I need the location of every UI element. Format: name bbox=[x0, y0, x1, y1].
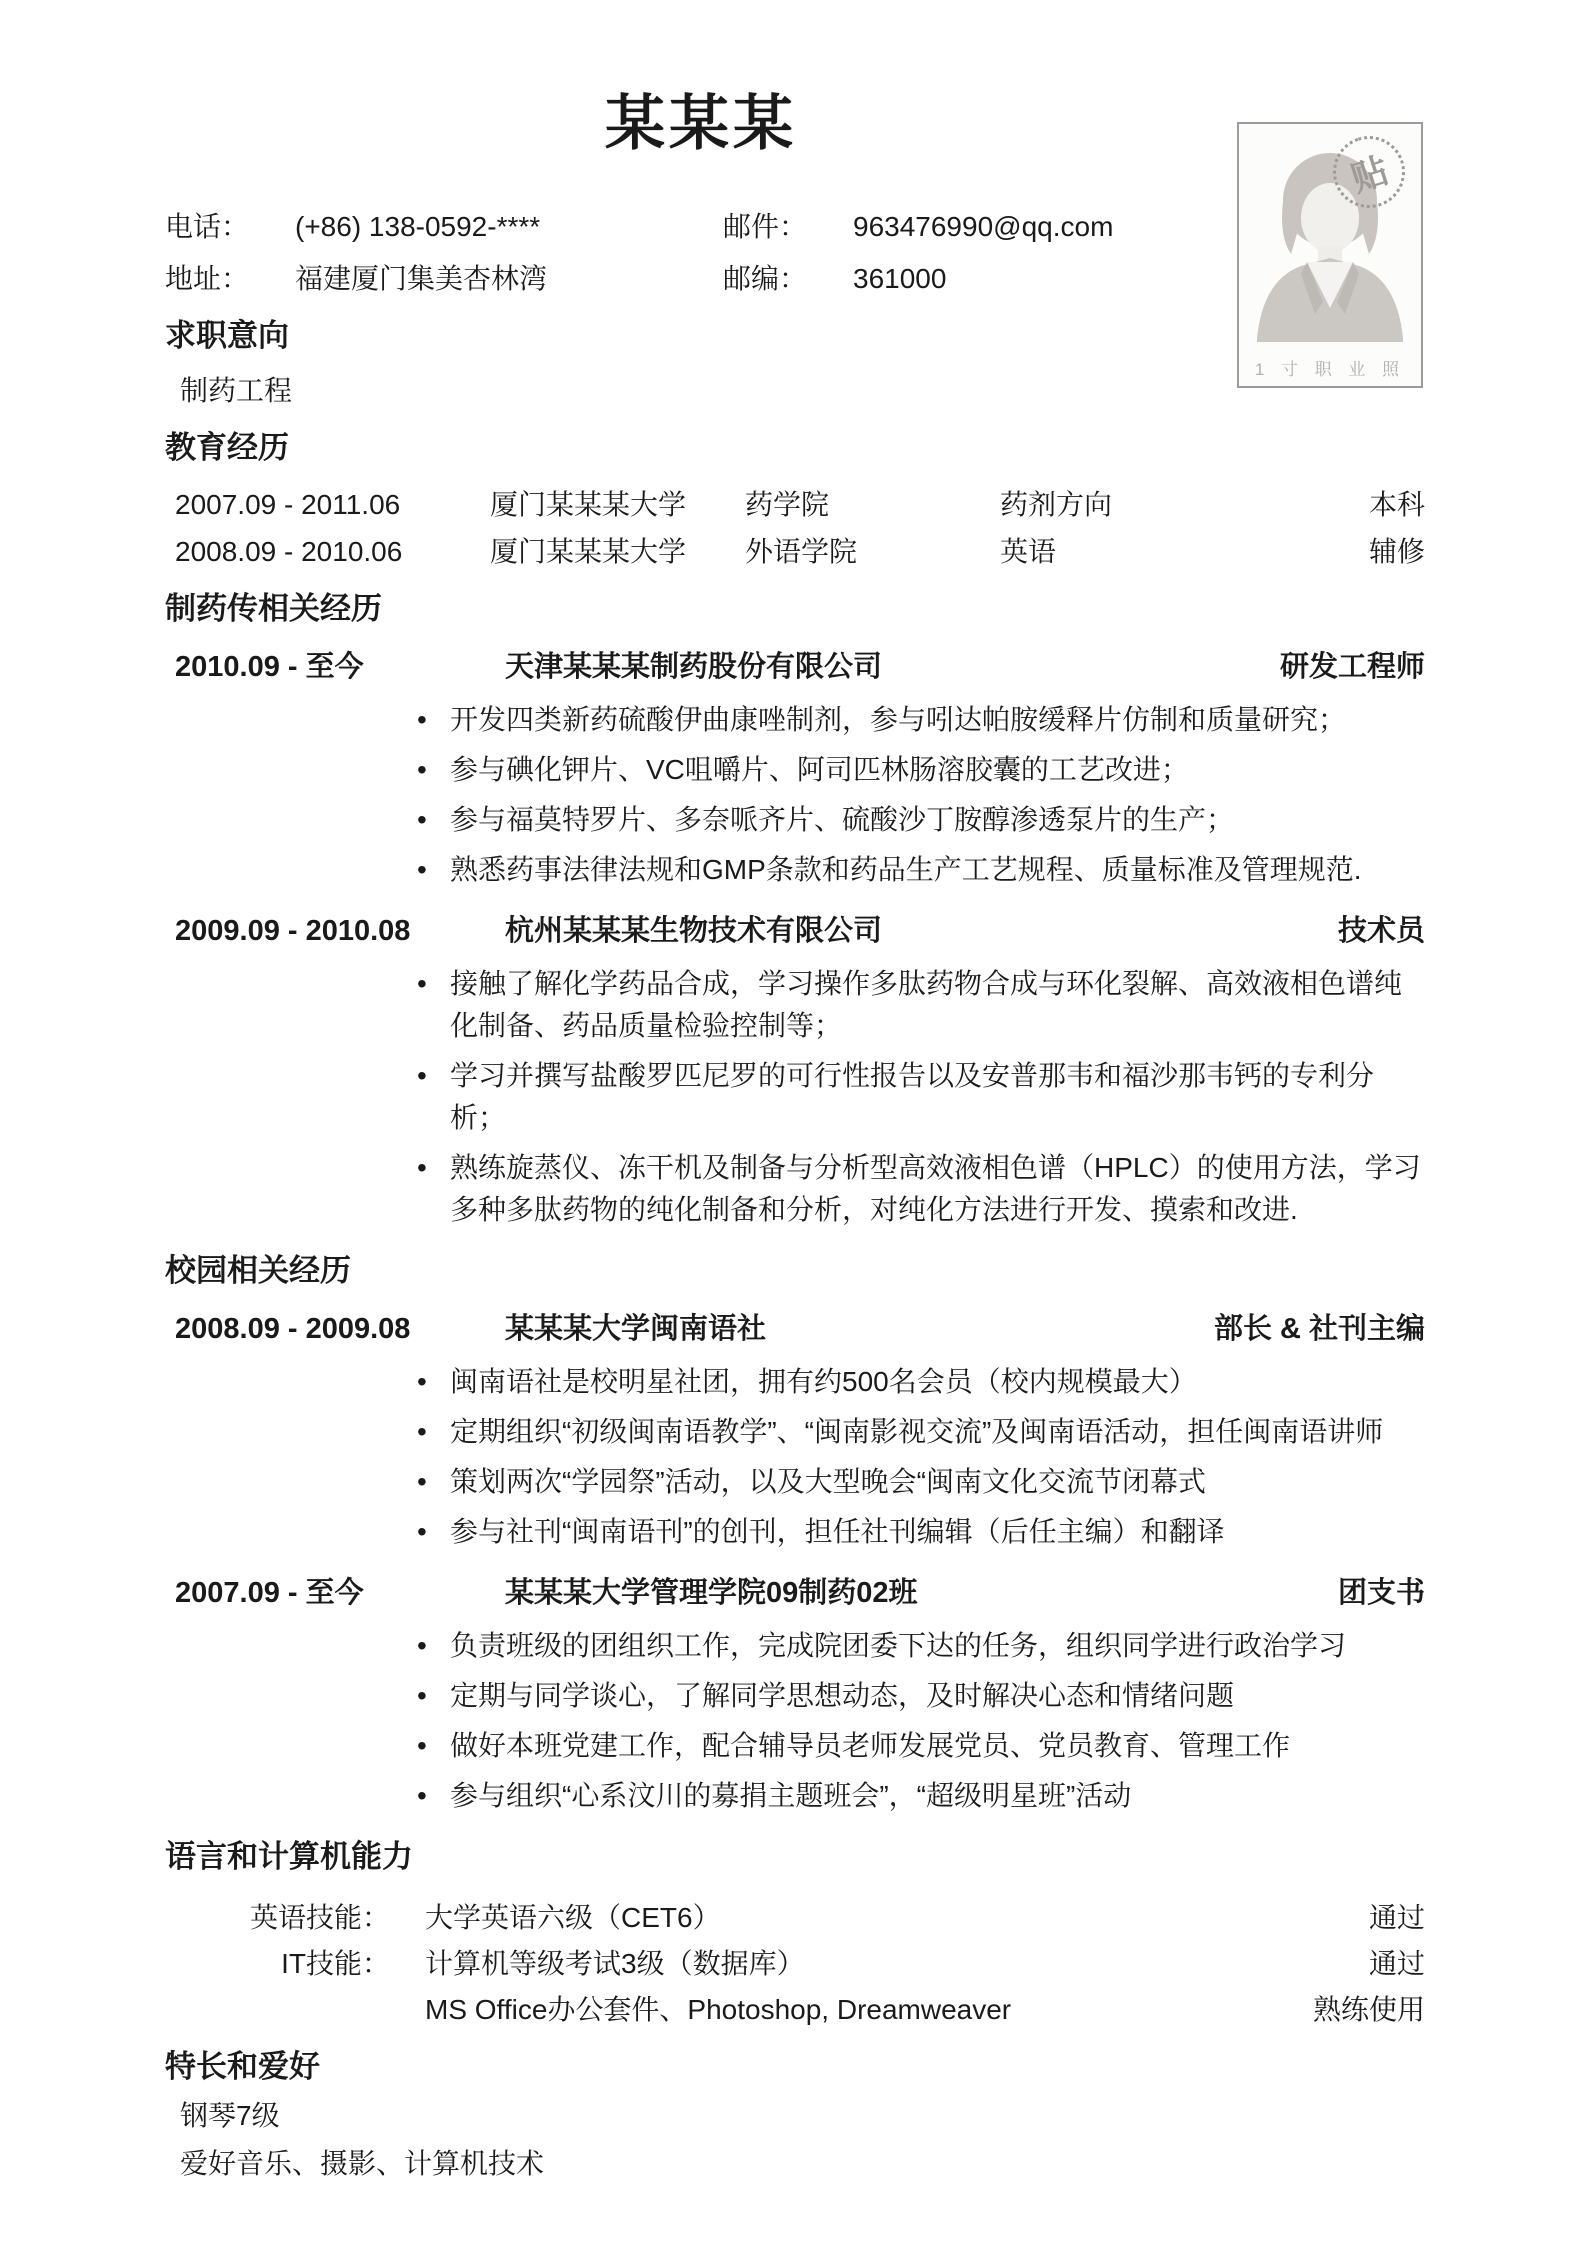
experience-entry: 2010.09 - 至今 天津某某某制药股份有限公司 研发工程师 开发四类新药硫… bbox=[165, 649, 1425, 891]
skill-row: IT技能： 计算机等级考试3级（数据库） 通过 bbox=[165, 1947, 1425, 1981]
skill-status: 熟练使用 bbox=[1313, 1993, 1425, 2027]
section-heading-campus-experience: 校园相关经历 bbox=[165, 1253, 1425, 1289]
experience-bullet: 熟悉药事法律法规和GMP条款和药品生产工艺规程、质量标准及管理规范. bbox=[450, 849, 1425, 891]
section-heading-pharma-experience: 制药传相关经历 bbox=[165, 591, 1425, 627]
skill-label: 英语技能： bbox=[165, 1901, 390, 1935]
experience-role: 部长 & 社刊主编 bbox=[1214, 1311, 1425, 1347]
experience-bullet-list: 接触了解化学药品合成，学习操作多肽药物合成与环化裂解、高效液相色谱纯化制备、药品… bbox=[165, 963, 1425, 1231]
resume-page: 贴 1 寸 职 业 照 某某某 电话： (+86) 138-0592-**** … bbox=[0, 0, 1587, 2244]
education-row: 2008.09 - 2010.06 厦门某某某大学 外语学院 英语 辅修 bbox=[165, 535, 1425, 569]
skill-row: 英语技能： 大学英语六级（CET6） 通过 bbox=[165, 1901, 1425, 1935]
experience-bullet: 开发四类新药硫酸伊曲康唑制剂，参与吲达帕胺缓释片仿制和质量研究； bbox=[450, 699, 1425, 741]
contact-row: 地址： 福建厦门集美杏林湾 邮编： 361000 bbox=[165, 262, 1425, 296]
hobby-item: 爱好音乐、摄影、计算机技术 bbox=[165, 2147, 1425, 2181]
experience-bullet: 参与福莫特罗片、多奈哌齐片、硫酸沙丁胺醇渗透泵片的生产； bbox=[450, 799, 1425, 841]
experience-bullet: 做好本班党建工作，配合辅导员老师发展党员、党员教育、管理工作 bbox=[450, 1725, 1425, 1767]
edu-school: 厦门某某某大学 bbox=[490, 488, 745, 522]
skill-status: 通过 bbox=[1369, 1947, 1425, 1981]
section-heading-education: 教育经历 bbox=[165, 430, 1425, 466]
experience-bullet: 定期组织“初级闽南语教学”、“闽南影视交流”及闽南语活动，担任闽南语讲师 bbox=[450, 1411, 1425, 1453]
edu-major: 英语 bbox=[1000, 535, 1369, 569]
experience-bullet: 闽南语社是校明星社团，拥有约500名会员（校内规模最大） bbox=[450, 1361, 1425, 1403]
experience-role: 团支书 bbox=[1338, 1575, 1425, 1611]
phone-value: (+86) 138-0592-**** bbox=[295, 210, 723, 244]
address-label: 地址： bbox=[165, 262, 295, 296]
experience-bullet: 学习并撰写盐酸罗匹尼罗的可行性报告以及安普那韦和福沙那韦钙的专利分析； bbox=[450, 1055, 1425, 1139]
experience-org: 天津某某某制药股份有限公司 bbox=[505, 649, 1280, 685]
skills-table: 英语技能： 大学英语六级（CET6） 通过 IT技能： 计算机等级考试3级（数据… bbox=[165, 1901, 1425, 2027]
candidate-name: 某某某 bbox=[165, 88, 1237, 160]
experience-date: 2010.09 - 至今 bbox=[175, 649, 505, 685]
edu-degree: 本科 bbox=[1369, 488, 1425, 522]
edu-degree: 辅修 bbox=[1369, 535, 1425, 569]
experience-bullet: 负责班级的团组织工作，完成院团委下达的任务，组织同学进行政治学习 bbox=[450, 1625, 1425, 1667]
experience-bullet-list: 开发四类新药硫酸伊曲康唑制剂，参与吲达帕胺缓释片仿制和质量研究； 参与碘化钾片、… bbox=[165, 699, 1425, 891]
skill-value: 计算机等级考试3级（数据库） bbox=[425, 1947, 1334, 1981]
experience-bullet-list: 负责班级的团组织工作，完成院团委下达的任务，组织同学进行政治学习 定期与同学谈心… bbox=[165, 1625, 1425, 1817]
email-label: 邮件： bbox=[723, 210, 853, 244]
education-table: 2007.09 - 2011.06 厦门某某某大学 药学院 药剂方向 本科 20… bbox=[165, 488, 1425, 569]
experience-date: 2009.09 - 2010.08 bbox=[175, 913, 505, 949]
experience-date: 2007.09 - 至今 bbox=[175, 1575, 505, 1611]
experience-bullet-list: 闽南语社是校明星社团，拥有约500名会员（校内规模最大） 定期组织“初级闽南语教… bbox=[165, 1361, 1425, 1553]
skill-label bbox=[165, 1993, 390, 2027]
experience-header: 2009.09 - 2010.08 杭州某某某生物技术有限公司 技术员 bbox=[165, 913, 1425, 949]
contact-row: 电话： (+86) 138-0592-**** 邮件： 963476990@qq… bbox=[165, 210, 1425, 244]
section-heading-skills: 语言和计算机能力 bbox=[165, 1839, 1425, 1875]
zipcode-label: 邮编： bbox=[723, 262, 853, 296]
experience-header: 2008.09 - 2009.08 某某某大学闽南语社 部长 & 社刊主编 bbox=[165, 1311, 1425, 1347]
edu-college: 药学院 bbox=[745, 488, 1000, 522]
experience-bullet: 策划两次“学园祭”活动，以及大型晚会“闽南文化交流节闭幕式 bbox=[450, 1461, 1425, 1503]
edu-school: 厦门某某某大学 bbox=[490, 535, 745, 569]
objective-content: 制药工程 bbox=[165, 374, 1425, 408]
skill-row: MS Office办公套件、Photoshop, Dreamweaver 熟练使… bbox=[165, 1993, 1425, 2027]
experience-header: 2007.09 - 至今 某某某大学管理学院09制药02班 团支书 bbox=[165, 1575, 1425, 1611]
edu-major: 药剂方向 bbox=[1000, 488, 1369, 522]
experience-bullet: 参与组织“心系汶川的募捐主题班会”，“超级明星班”活动 bbox=[450, 1775, 1425, 1817]
experience-role: 研发工程师 bbox=[1280, 649, 1425, 685]
section-heading-objective: 求职意向 bbox=[165, 318, 1425, 354]
experience-org: 杭州某某某生物技术有限公司 bbox=[505, 913, 1338, 949]
experience-date: 2008.09 - 2009.08 bbox=[175, 1311, 505, 1347]
section-heading-hobbies: 特长和爱好 bbox=[165, 2049, 1425, 2085]
zipcode-value: 361000 bbox=[853, 262, 1425, 296]
edu-date: 2008.09 - 2010.06 bbox=[175, 535, 490, 569]
experience-entry: 2008.09 - 2009.08 某某某大学闽南语社 部长 & 社刊主编 闽南… bbox=[165, 1311, 1425, 1553]
experience-entry: 2007.09 - 至今 某某某大学管理学院09制药02班 团支书 负责班级的团… bbox=[165, 1575, 1425, 1817]
contact-block: 电话： (+86) 138-0592-**** 邮件： 963476990@qq… bbox=[165, 210, 1425, 296]
experience-header: 2010.09 - 至今 天津某某某制药股份有限公司 研发工程师 bbox=[165, 649, 1425, 685]
resume-content: 某某某 电话： (+86) 138-0592-**** 邮件： 96347699… bbox=[165, 0, 1425, 2181]
experience-role: 技术员 bbox=[1338, 913, 1425, 949]
phone-label: 电话： bbox=[165, 210, 295, 244]
address-value: 福建厦门集美杏林湾 bbox=[295, 262, 723, 296]
experience-entry: 2009.09 - 2010.08 杭州某某某生物技术有限公司 技术员 接触了解… bbox=[165, 913, 1425, 1231]
experience-bullet: 接触了解化学药品合成，学习操作多肽药物合成与环化裂解、高效液相色谱纯化制备、药品… bbox=[450, 963, 1425, 1047]
email-value: 963476990@qq.com bbox=[853, 210, 1425, 244]
experience-bullet: 定期与同学谈心，了解同学思想动态，及时解决心态和情绪问题 bbox=[450, 1675, 1425, 1717]
skill-value: 大学英语六级（CET6） bbox=[425, 1901, 1334, 1935]
skill-status: 通过 bbox=[1369, 1901, 1425, 1935]
skill-label: IT技能： bbox=[165, 1947, 390, 1981]
experience-org: 某某某大学管理学院09制药02班 bbox=[505, 1575, 1338, 1611]
experience-org: 某某某大学闽南语社 bbox=[505, 1311, 1214, 1347]
experience-bullet: 参与社刊“闽南语刊”的创刊，担任社刊编辑（后任主编）和翻译 bbox=[450, 1511, 1425, 1553]
experience-bullet: 熟练旋蒸仪、冻干机及制备与分析型高效液相色谱（HPLC）的使用方法，学习多种多肽… bbox=[450, 1147, 1425, 1231]
hobby-item: 钢琴7级 bbox=[165, 2099, 1425, 2133]
skill-value: MS Office办公套件、Photoshop, Dreamweaver bbox=[425, 1993, 1278, 2027]
experience-bullet: 参与碘化钾片、VC咀嚼片、阿司匹林肠溶胶囊的工艺改进； bbox=[450, 749, 1425, 791]
edu-date: 2007.09 - 2011.06 bbox=[175, 488, 490, 522]
edu-college: 外语学院 bbox=[745, 535, 1000, 569]
education-row: 2007.09 - 2011.06 厦门某某某大学 药学院 药剂方向 本科 bbox=[165, 488, 1425, 522]
